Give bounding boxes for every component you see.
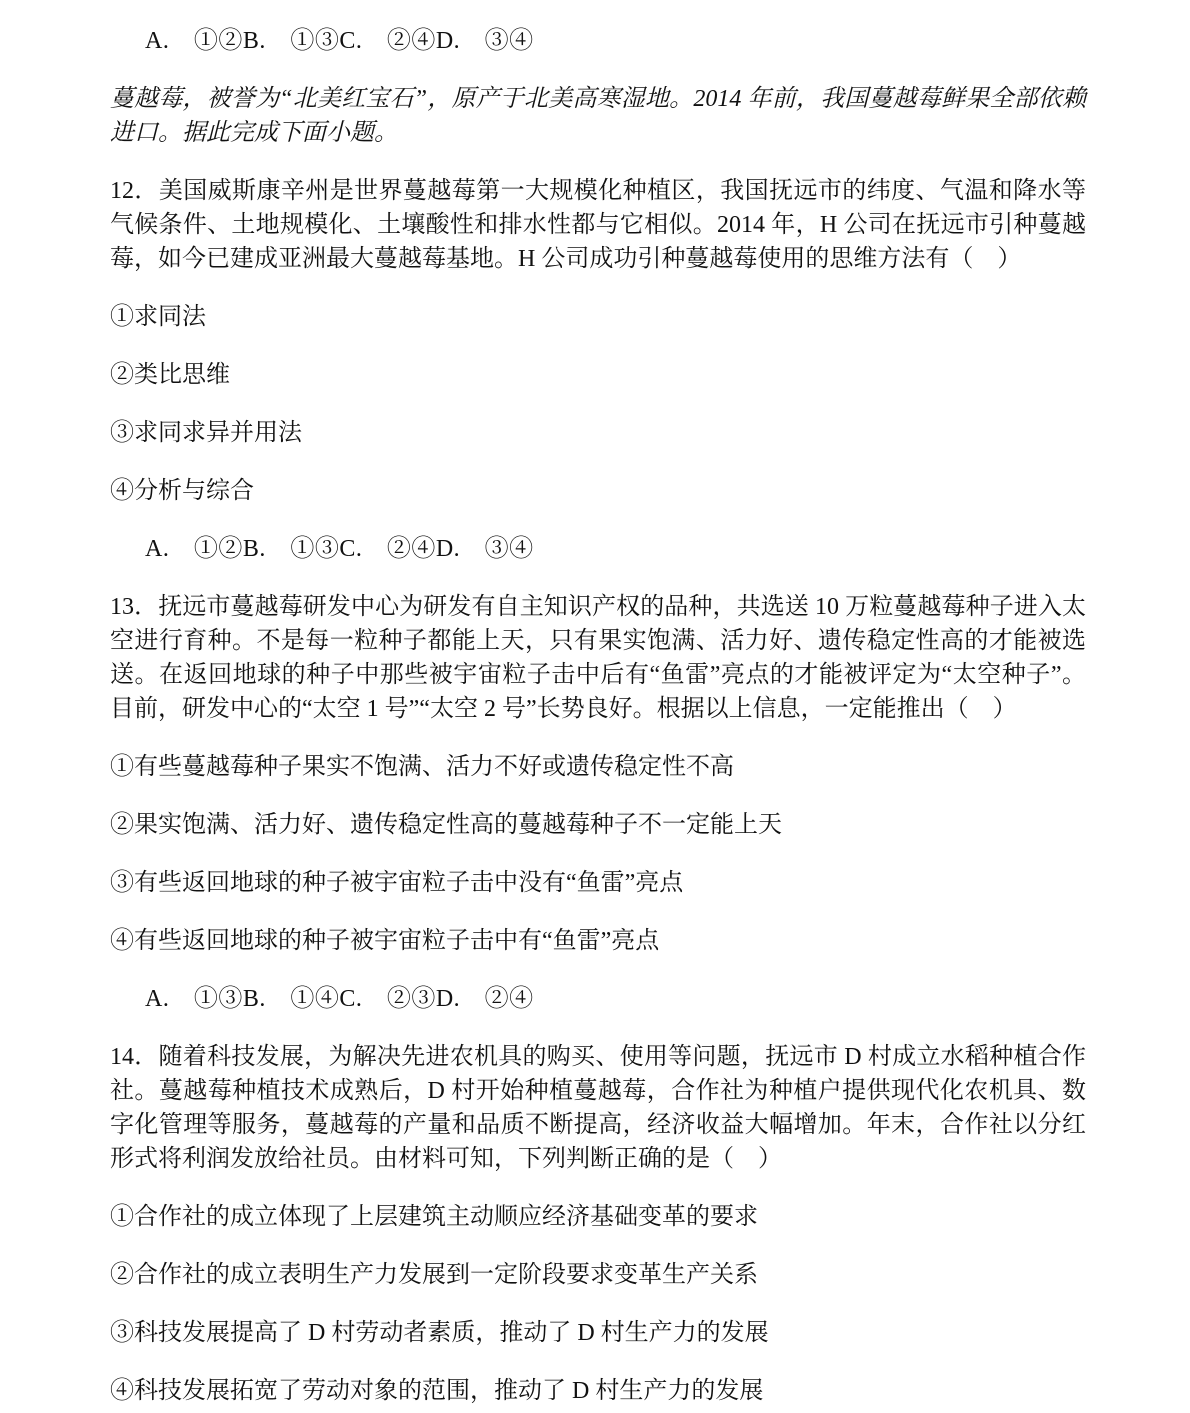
question-13-option-1: ①有些蔓越莓种子果实不饱满、活力不好或遗传稳定性不高 <box>110 750 1086 784</box>
question-14-stem: 14．随着科技发展，为解决先进农机具的购买、使用等问题，抚远市 D 村成立水稻种… <box>110 1040 1086 1176</box>
question-11-answer-choices: A. ①②B. ①③C. ②④D. ③④ <box>110 24 1086 58</box>
question-12-option-4: ④分析与综合 <box>110 474 1086 508</box>
question-13-answer-choices: A. ①③B. ①④C. ②③D. ②④ <box>110 982 1086 1016</box>
question-12: 12．美国威斯康辛州是世界蔓越莓第一大规模化种植区，我国抚远市的纬度、气温和降水… <box>110 174 1086 566</box>
question-14-option-4: ④科技发展拓宽了劳动对象的范围，推动了 D 村生产力的发展 <box>110 1374 1086 1408</box>
question-13-option-2: ②果实饱满、活力好、遗传稳定性高的蔓越莓种子不一定能上天 <box>110 808 1086 842</box>
question-12-stem: 12．美国威斯康辛州是世界蔓越莓第一大规模化种植区，我国抚远市的纬度、气温和降水… <box>110 174 1086 276</box>
question-14: 14．随着科技发展，为解决先进农机具的购买、使用等问题，抚远市 D 村成立水稻种… <box>110 1040 1086 1408</box>
question-12-option-2: ②类比思维 <box>110 358 1086 392</box>
intro-passage: 蔓越莓，被誉为“北美红宝石”，原产于北美高寒湿地。2014 年前，我国蔓越莓鲜果… <box>110 82 1086 150</box>
question-13-option-4: ④有些返回地球的种子被宇宙粒子击中有“鱼雷”亮点 <box>110 924 1086 958</box>
question-14-option-1: ①合作社的成立体现了上层建筑主动顺应经济基础变革的要求 <box>110 1200 1086 1234</box>
question-12-answer-choices: A. ①②B. ①③C. ②④D. ③④ <box>110 532 1086 566</box>
question-14-option-2: ②合作社的成立表明生产力发展到一定阶段要求变革生产关系 <box>110 1258 1086 1292</box>
question-12-option-1: ①求同法 <box>110 300 1086 334</box>
question-13-stem: 13．抚远市蔓越莓研发中心为研发有自主知识产权的品种，共选送 10 万粒蔓越莓种… <box>110 590 1086 726</box>
question-14-option-3: ③科技发展提高了 D 村劳动者素质，推动了 D 村生产力的发展 <box>110 1316 1086 1350</box>
question-13: 13．抚远市蔓越莓研发中心为研发有自主知识产权的品种，共选送 10 万粒蔓越莓种… <box>110 590 1086 1016</box>
question-13-option-3: ③有些返回地球的种子被宇宙粒子击中没有“鱼雷”亮点 <box>110 866 1086 900</box>
exam-document-page: A. ①②B. ①③C. ②④D. ③④ 蔓越莓，被誉为“北美红宝石”，原产于北… <box>0 0 1190 1413</box>
question-12-option-3: ③求同求异并用法 <box>110 416 1086 450</box>
